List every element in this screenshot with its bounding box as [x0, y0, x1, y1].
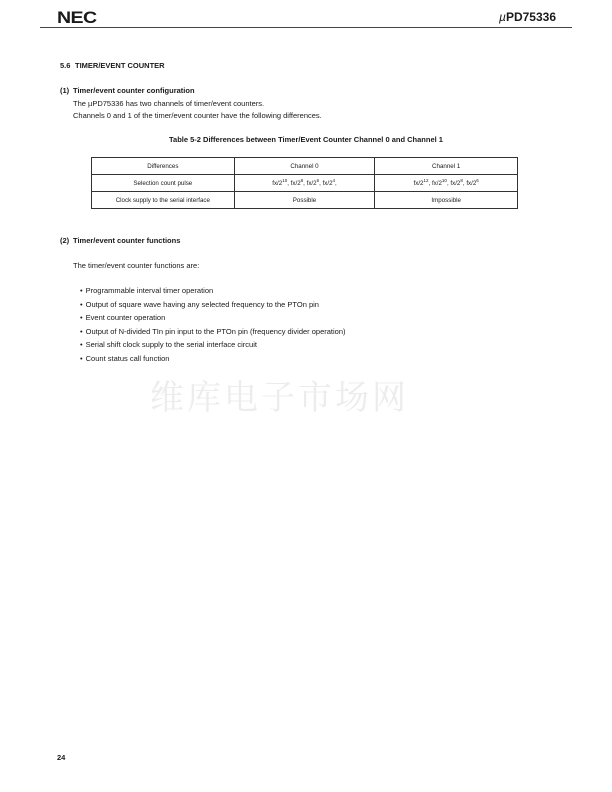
- subsection-1-heading: (1)Timer/event counter configuration: [60, 86, 195, 95]
- table-cell-channel1: Impossible: [375, 192, 518, 209]
- header-rule: [40, 27, 572, 28]
- list-item: Count status call function: [80, 352, 346, 366]
- subsection-2-intro: The timer/event counter functions are:: [73, 261, 199, 270]
- list-item: Programmable interval timer operation: [80, 284, 346, 298]
- subsection-1-line-1: The µPD75336 has two channels of timer/e…: [73, 99, 264, 108]
- table-header-cell: Differences: [92, 158, 235, 175]
- table-row: Selection count pulse fx/210, fx/28, fx/…: [92, 175, 518, 192]
- table-cell-channel0: Possible: [234, 192, 375, 209]
- list-item: Output of N-divided TIn pin input to the…: [80, 325, 346, 339]
- subsection-1-line-2: Channels 0 and 1 of the timer/event coun…: [73, 111, 322, 120]
- nec-logo: NEC: [57, 8, 97, 28]
- table-cell-label: Selection count pulse: [92, 175, 235, 192]
- part-prefix: µ: [499, 10, 506, 24]
- page-number: 24: [57, 753, 65, 762]
- table-header-cell: Channel 0: [234, 158, 375, 175]
- section-heading: 5.6TIMER/EVENT COUNTER: [60, 61, 165, 70]
- part-number: µPD75336: [499, 10, 556, 24]
- subsection-2-number: (2): [60, 236, 73, 245]
- section-title: TIMER/EVENT COUNTER: [75, 61, 165, 70]
- list-item: Serial shift clock supply to the serial …: [80, 338, 346, 352]
- table-row: Clock supply to the serial interface Pos…: [92, 192, 518, 209]
- part-number-text: PD75336: [506, 10, 556, 24]
- list-item: Event counter operation: [80, 311, 346, 325]
- subsection-1-title: Timer/event counter configuration: [73, 86, 195, 95]
- subsection-2-heading: (2)Timer/event counter functions: [60, 236, 180, 245]
- subsection-1-number: (1): [60, 86, 73, 95]
- table-cell-channel1: fx/212, fx/210, fx/28, fx/26: [375, 175, 518, 192]
- functions-list: Programmable interval timer operation Ou…: [80, 284, 346, 366]
- table-cell-channel0: fx/210, fx/28, fx/26, fx/24,: [234, 175, 375, 192]
- differences-table: Differences Channel 0 Channel 1 Selectio…: [91, 157, 518, 209]
- list-item: Output of square wave having any selecte…: [80, 298, 346, 312]
- table-header-row: Differences Channel 0 Channel 1: [92, 158, 518, 175]
- table-caption: Table 5-2 Differences between Timer/Even…: [0, 135, 612, 144]
- watermark: 维库电子市场网: [150, 370, 409, 419]
- table-cell-label: Clock supply to the serial interface: [92, 192, 235, 209]
- subsection-2-title: Timer/event counter functions: [73, 236, 180, 245]
- table-header-cell: Channel 1: [375, 158, 518, 175]
- section-number: 5.6: [60, 61, 75, 70]
